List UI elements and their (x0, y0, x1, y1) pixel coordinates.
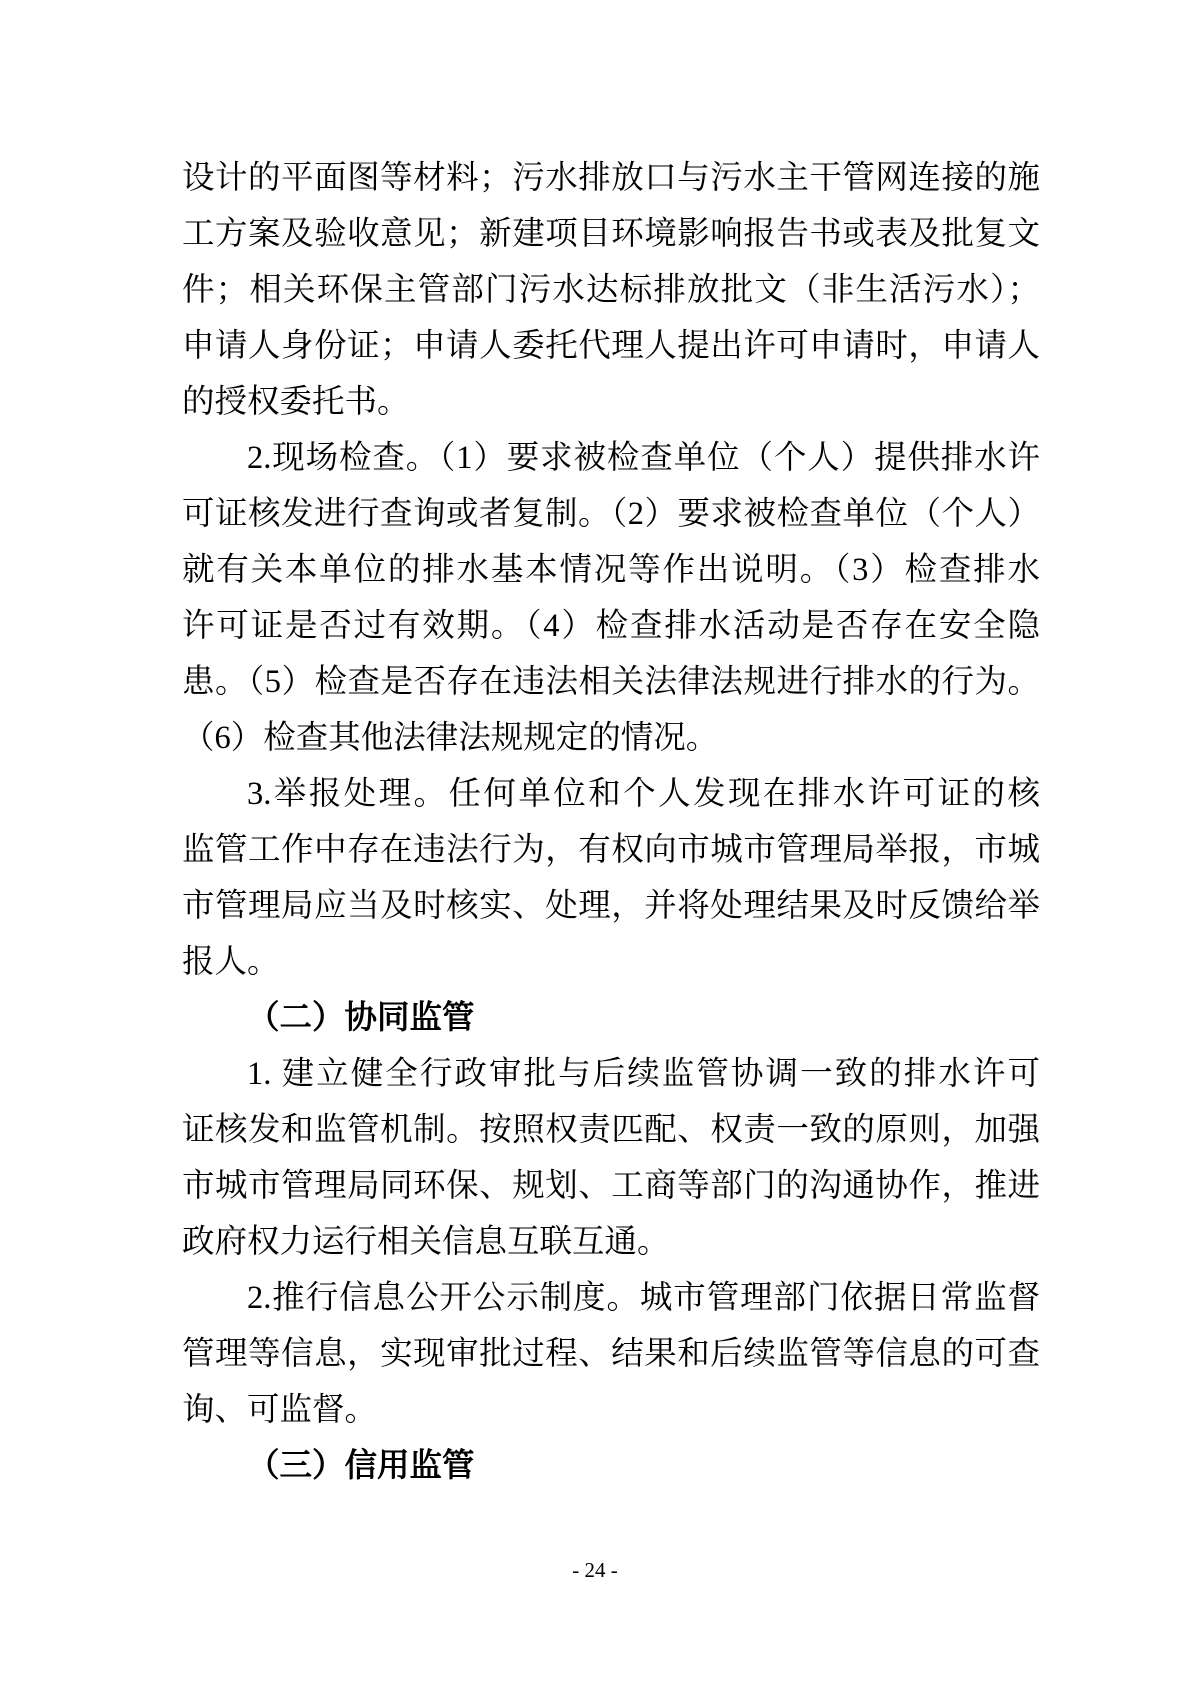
text-line: 件；相关环保主管部门污水达标排放批文（非生活污水）； (182, 262, 1040, 318)
text-line: 证核发和监管机制。按照权责匹配、权责一致的原则，加强 (182, 1102, 1040, 1158)
document-page: 设计的平面图等材料；污水排放口与污水主干管网连接的施 工方案及验收意见；新建项目… (0, 0, 1190, 1683)
text-line: 市城市管理局同环保、规划、工商等部门的沟通协作，推进 (182, 1158, 1040, 1214)
text-line: 政府权力运行相关信息互联互通。 (182, 1214, 1040, 1270)
section-heading-2: （二）协同监管 (182, 990, 1040, 1046)
text-line: 可证核发进行查询或者复制。（2）要求被检查单位（个人） (182, 486, 1040, 542)
text-line: 就有关本单位的排水基本情况等作出说明。（3）检查排水 (182, 542, 1040, 598)
document-text-block: 设计的平面图等材料；污水排放口与污水主干管网连接的施 工方案及验收意见；新建项目… (182, 150, 1040, 1494)
text-line: 患。（5）检查是否存在违法相关法律法规进行排水的行为。 (182, 654, 1040, 710)
text-line: 2.推行信息公开公示制度。城市管理部门依据日常监督 (182, 1270, 1040, 1326)
text-line: 的授权委托书。 (182, 374, 1040, 430)
text-line: 询、可监督。 (182, 1382, 1040, 1438)
text-line: 管理等信息，实现审批过程、结果和后续监管等信息的可查 (182, 1326, 1040, 1382)
text-line: 许可证是否过有效期。（4）检查排水活动是否存在安全隐 (182, 598, 1040, 654)
section-heading-3: （三）信用监管 (182, 1438, 1040, 1494)
text-line: 监管工作中存在违法行为，有权向市城市管理局举报，市城 (182, 822, 1040, 878)
page-number: - 24 - (0, 1558, 1190, 1583)
text-line: 工方案及验收意见；新建项目环境影响报告书或表及批复文 (182, 206, 1040, 262)
text-line: 1. 建立健全行政审批与后续监管协调一致的排水许可 (182, 1046, 1040, 1102)
text-line: 2.现场检查。（1）要求被检查单位（个人）提供排水许 (182, 430, 1040, 486)
text-line: （6）检查其他法律法规规定的情况。 (182, 710, 1040, 766)
text-line: 市管理局应当及时核实、处理，并将处理结果及时反馈给举 (182, 878, 1040, 934)
text-line: 报人。 (182, 934, 1040, 990)
text-line: 申请人身份证；申请人委托代理人提出许可申请时，申请人 (182, 318, 1040, 374)
text-line: 3.举报处理。任何单位和个人发现在排水许可证的核发、 (182, 766, 1040, 822)
text-line: 设计的平面图等材料；污水排放口与污水主干管网连接的施 (182, 150, 1040, 206)
